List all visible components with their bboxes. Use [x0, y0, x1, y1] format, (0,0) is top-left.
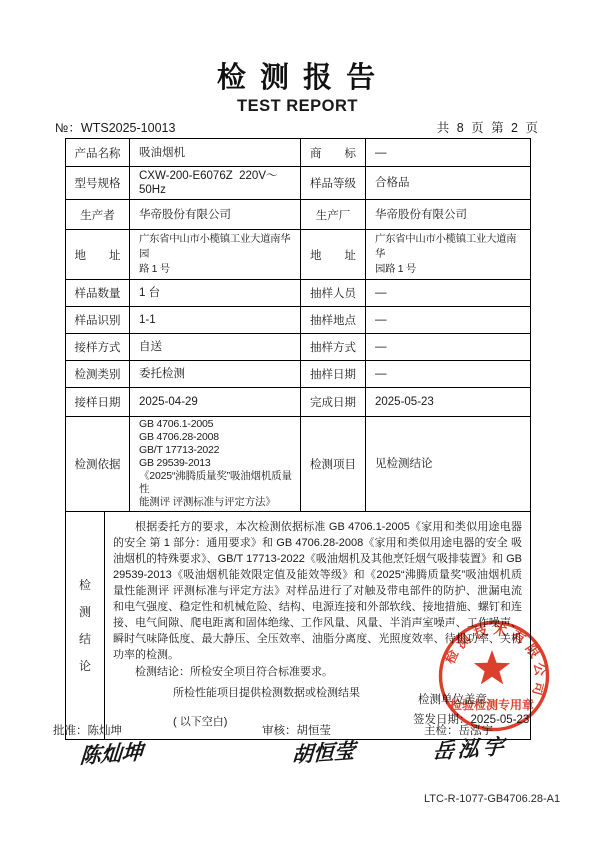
table-row: 样品数量 1 台 抽样人员 — — [66, 280, 531, 307]
field-label: 产品名称 — [66, 139, 130, 167]
company-seal-stamp: 检测技术有限公司 检验检测专用章 — [428, 610, 560, 742]
seal-star-icon — [474, 650, 510, 684]
table-row: 接样方式 自送 抽样方式 — — [66, 334, 531, 361]
table-row: 检测类别 委托检测 抽样日期 — — [66, 361, 531, 388]
test-report-page: 检 测 报 告 TEST REPORT №：WTS2025-10013 共 8 … — [0, 0, 595, 841]
field-value: — — [366, 307, 531, 334]
report-number: №：WTS2025-10013 — [55, 118, 175, 136]
table-row: 地 址 广东省中山市小榄镇工业大道南华园 路 1 号 地 址 广东省中山市小榄镇… — [66, 230, 531, 280]
field-value: — — [366, 334, 531, 361]
field-value: 2025-05-23 — [366, 388, 531, 417]
field-label: 样品识别 — [66, 307, 130, 334]
field-value: 广东省中山市小榄镇工业大道南华 园路 1 号 — [366, 230, 531, 280]
field-value: — — [366, 361, 531, 388]
table-row: 型号规格 CXW-200-E6076Z 220V～50Hz 样品等级 合格品 — [66, 167, 531, 200]
field-label: 检测类别 — [66, 361, 130, 388]
reviewer-name: 胡恒莹 — [297, 725, 332, 737]
field-value: 自送 — [130, 334, 301, 361]
approver-name: 陈灿坤 — [88, 725, 123, 737]
approver-line: 批准：陈灿坤 — [53, 722, 122, 738]
field-value: 华帝股份有限公司 — [366, 200, 531, 230]
field-value: 合格品 — [366, 167, 531, 200]
field-value: 1 台 — [130, 280, 301, 307]
table-row: 样品识别 1-1 抽样地点 — — [66, 307, 531, 334]
document-code: LTC-R-1077-GB4706.28-A1 — [424, 793, 560, 805]
field-label: 样品数量 — [66, 280, 130, 307]
field-label: 完成日期 — [301, 388, 366, 417]
field-label: 抽样人员 — [301, 280, 366, 307]
approver-label: 批准： — [53, 725, 88, 737]
field-label: 抽样方式 — [301, 334, 366, 361]
field-value: 华帝股份有限公司 — [130, 200, 301, 230]
field-label: 抽样日期 — [301, 361, 366, 388]
table-row: 接样日期 2025-04-29 完成日期 2025-05-23 — [66, 388, 531, 417]
page-subtitle: TEST REPORT — [0, 97, 595, 116]
reviewer-label: 审核： — [262, 725, 297, 737]
field-value: 广东省中山市小榄镇工业大道南华园 路 1 号 — [130, 230, 301, 280]
table-row: 生产者 华帝股份有限公司 生产厂 华帝股份有限公司 — [66, 200, 531, 230]
field-label: 接样方式 — [66, 334, 130, 361]
table-row-test-basis: 检测依据 GB 4706.1-2005 GB 4706.28-2008 GB/T… — [66, 417, 531, 512]
table-row: 产品名称 吸油烟机 商 标 — — [66, 139, 531, 167]
field-value: — — [366, 280, 531, 307]
report-number-value: WTS2025-10013 — [81, 121, 176, 135]
field-label: 检测项目 — [301, 417, 366, 512]
field-value: 1-1 — [130, 307, 301, 334]
field-value: 2025-04-29 — [130, 388, 301, 417]
field-label: 抽样地点 — [301, 307, 366, 334]
field-value: 吸油烟机 — [130, 139, 301, 167]
page-title: 检 测 报 告 — [0, 55, 595, 96]
field-value: GB 4706.1-2005 GB 4706.28-2008 GB/T 1771… — [130, 417, 301, 512]
conclusion-vertical-label: 检 测 结 论 — [66, 512, 105, 739]
reviewer-line: 审核：胡恒莹 — [262, 722, 331, 738]
field-value: — — [366, 139, 531, 167]
field-label: 型号规格 — [66, 167, 130, 200]
field-label: 样品等级 — [301, 167, 366, 200]
field-label: 地 址 — [301, 230, 366, 280]
field-label: 地 址 — [66, 230, 130, 280]
seal-bottom-text: 检验检测专用章 — [450, 697, 534, 712]
field-label: 接样日期 — [66, 388, 130, 417]
report-number-label: №： — [55, 121, 81, 135]
field-label: 商 标 — [301, 139, 366, 167]
approver-handwritten-signature: 陈灿坤 — [79, 736, 144, 771]
field-label: 检测依据 — [66, 417, 130, 512]
page-count: 共 8 页 第 2 页 — [437, 118, 540, 136]
field-value: 见检测结论 — [366, 417, 531, 512]
field-label: 生产厂 — [301, 200, 366, 230]
field-label: 生产者 — [66, 200, 130, 230]
reviewer-handwritten-signature: 胡恒莹 — [291, 735, 356, 770]
field-value: 委托检测 — [130, 361, 301, 388]
field-value: CXW-200-E6076Z 220V～50Hz — [130, 167, 301, 200]
